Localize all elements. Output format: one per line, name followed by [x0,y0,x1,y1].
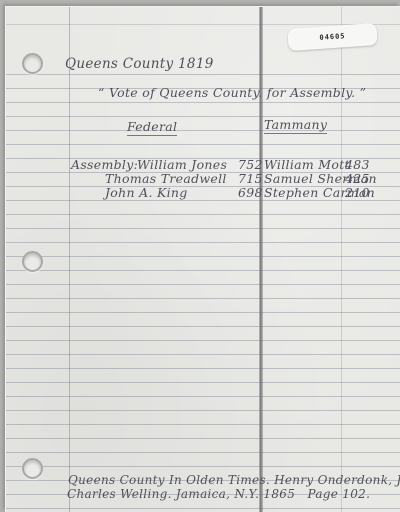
federal-candidate: William Jones [137,158,227,172]
punch-hole-middle [22,251,43,272]
federal-candidate: John A. King [105,186,188,200]
notebook-page: 04605 Queens County 1819 “ Vote of Queen… [5,6,400,512]
punch-hole-bottom [22,458,43,479]
punch-hole-top [22,53,43,74]
page-crease-line [259,7,263,512]
page-title: Queens County 1819 [65,57,214,71]
column-header-tammany: Tammany [264,118,327,134]
secondary-vertical-line [341,7,342,512]
federal-votes: 715 [238,172,263,186]
office-label: Assembly: [71,158,138,172]
column-header-federal: Federal [127,120,177,136]
federal-votes: 698 [238,186,263,200]
tammany-votes: 210 [345,186,370,200]
federal-candidate: Thomas Treadwell [105,172,227,186]
archive-sticker: 04605 [287,23,377,51]
federal-votes: 752 [238,158,263,172]
tammany-candidate: William Mott [264,158,350,172]
citation-line-1: Queens County In Olden Times. Henry Onde… [68,473,400,487]
margin-line [69,7,70,512]
page-subtitle: “ Vote of Queens County. for Assembly. ” [98,86,366,100]
scanned-document: { "document": { "archive_label": "04605"… [0,0,400,512]
archive-number-label: 04605 [319,32,346,42]
citation-line-2: Charles Welling. Jamaica, N.Y. 1865 Page… [67,487,370,501]
tammany-votes: 483 [345,158,370,172]
tammany-votes: 425 [345,172,370,186]
